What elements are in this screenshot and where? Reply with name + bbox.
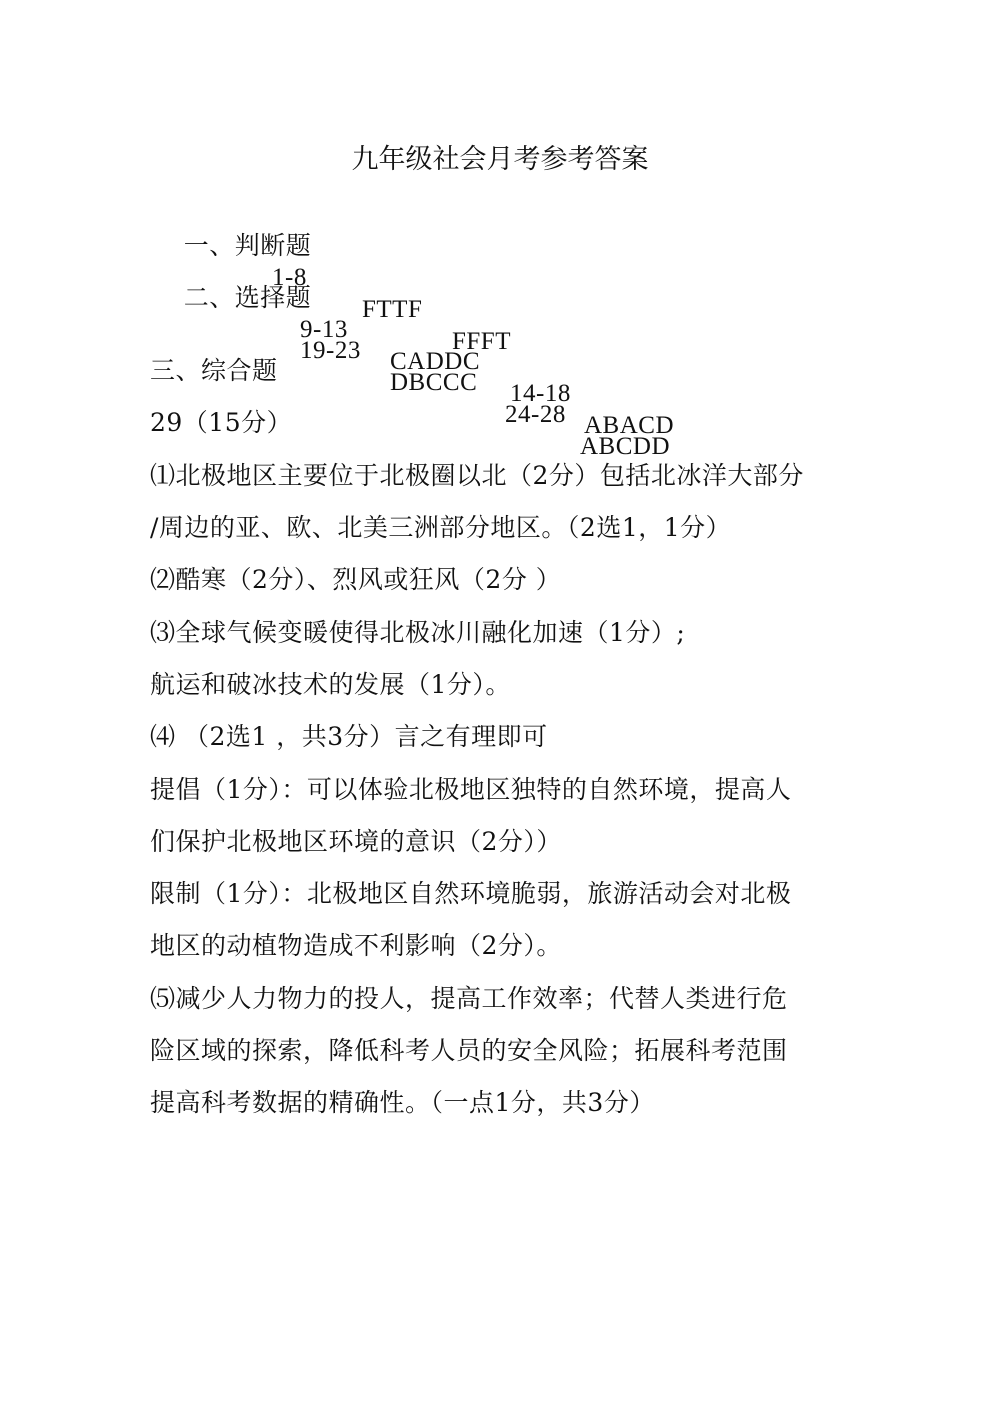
section-label-multiple-choice: 二、选择题 (184, 282, 312, 314)
title-text: 九年级社会月考参考答案 (352, 143, 649, 177)
answer-line-2: /周边的亚、欧、北美三洲部分地区。（2选1，1分） (150, 512, 731, 544)
document-title: 九年级社会月考参考答案 (0, 143, 1000, 177)
answer-line-9: 限制（1分）：北极地区自然环境脆弱，旅游活动会对北极 (150, 878, 791, 910)
answers-19-23: DBCCC (390, 367, 477, 399)
answer-line-7: 提倡（1分）：可以体验北极地区独特的自然环境，提高人 (150, 774, 791, 806)
answer-line-3: ⑵酷寒（2分）、烈风或狂风（2分 ） (150, 564, 561, 596)
answer-line-8: 们保护北极地区环境的意识（2分）） (150, 826, 562, 858)
range-19-23: 19-23 (300, 335, 361, 367)
section-label-comprehensive: 三、综合题 (150, 355, 278, 387)
range-24-28: 24-28 (505, 399, 566, 431)
question-29-header: 29（15分） (150, 407, 292, 439)
answer-line-13: 提高科考数据的精确性。（一点1分，共3分） (150, 1087, 655, 1119)
answer-line-11: ⑸减少人力物力的投人，提高工作效率；代替人类进行危 (150, 983, 788, 1015)
answer-line-6: ⑷ （2选1 ，共3分）言之有理即可 (150, 721, 548, 753)
answer-line-4: ⑶全球气候变暖使得北极冰川融化加速（1分）; (150, 617, 685, 649)
answer-line-1: ⑴北极地区主要位于北极圈以北（2分）包括北冰洋大部分 (150, 460, 804, 492)
answer-line-5: 航运和破冰技术的发展（1分）。 (150, 669, 511, 701)
answer-line-12: 险区域的探索，降低科考人员的安全风险；拓展科考范围 (150, 1035, 788, 1067)
answers-1-4: FTTF (362, 294, 422, 326)
answers-24-28: ABCDD (580, 431, 670, 463)
answer-key-page: 九年级社会月考参考答案 一、判断题 1-8 FTTF FFFT 二、选择题 9-… (0, 0, 1000, 1414)
answer-line-10: 地区的动植物造成不利影响（2分）。 (150, 930, 562, 962)
